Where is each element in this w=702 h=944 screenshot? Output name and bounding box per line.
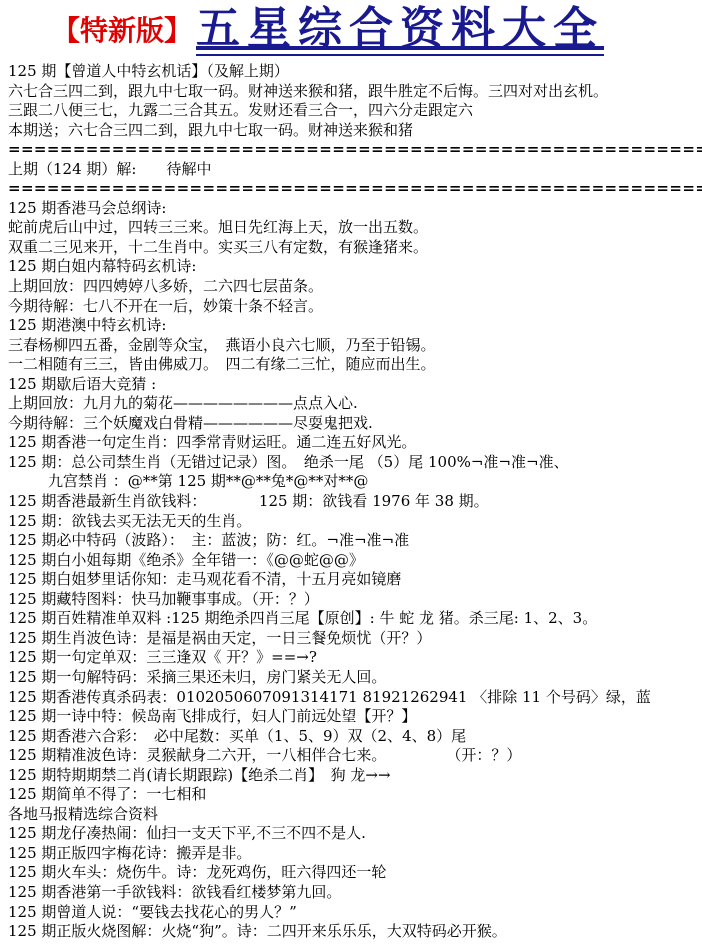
content-line: 125 期一句定单双：三三逢双《 开？》==→? [8,648,696,668]
content-line: 125 期藏特图料：快马加鞭事事成。（开：？） [8,590,696,610]
content-line: 125 期【曾道人中特玄机话】（及解上期） [8,62,696,82]
content-line: 三跟二八便三七，九露二三合其五。发财还看三合一，四六分走跟定六 [8,101,696,121]
content-line: 125 期香港最新生肖欲钱料： 125 期：欲钱看 1976 年 38 期。 [8,492,696,512]
content-line: 上期回放：九月九的菊花————————点点入心. [8,394,696,414]
content-line: 蛇前虎后山中过，四转三三来。旭日先红海上天，放一出五数。 [8,218,696,238]
content-line: 125 期香港第一手欲钱料：欲钱看红楼梦第九回。 [8,883,696,903]
content-line: 125 期正版火烧图解：火烧“狗”。诗：二四开来乐乐乐，大双特码必开猴。 [8,922,696,942]
content-line: 九宫禁肖 ：@**第 125 期**@**兔*@**对**@ [8,472,696,492]
content-line: 三春杨柳四五番，金剧等众宝， 燕语小良六七顺，乃至于铅锡。 [8,336,696,356]
content-line: 一二相随有三三，皆由佛威刀。 四二有缘二三忙，随应而出生。 [8,355,696,375]
content-line: 125 期曾道人说：“要钱去找花心的男人？” [8,903,696,923]
content-line: 本期送；六七合三四二到，跟九中七取一码。财神送来猴和猪 [8,121,696,141]
content-line: 125 期一句解特码：采摘三果还未归，房门紧关无人回。 [8,668,696,688]
content-line: 125 期香港一句定生肖：四季常青财运旺。通二连五好风光。 [8,433,696,453]
content-line: 125 期简单不得了：一七相和 [8,785,696,805]
content-line: 今期待解：三个妖魔戏白骨精——————尽耍鬼把戏. [8,414,696,434]
content-line: 各地马报精选综合资料 [8,805,696,825]
content-line: 上期（124 期）解: 待解中 [8,160,696,180]
content-line: 今期待解：七八不开在一后，妙策十条不轻言。 [8,297,696,317]
content-line: 125 期龙仔凑热闹：仙扫一支天下平,不三不四不是人. [8,824,696,844]
content-line: 上期回放：四四娉婷八多娇，二六四七层苗条。 [8,277,696,297]
content-line: 125 期火车头：烧伤牛。诗：龙死鸡伤，旺六得四还一轮 [8,863,696,883]
content-line: 125 期必中特码（波路）： 主：蓝波；防：红。¬准¬准¬准 [8,531,696,551]
content-line: 125 期白姐梦里话你知：走马观花看不清，十五月亮如镜磨 [8,570,696,590]
separator-line: ========================================… [8,179,696,199]
edition-tag: 【特新版】 [52,17,192,45]
content-line: 125 期一诗中特：候岛南飞排成行，妇人门前远处望【开？】 [8,707,696,727]
content-line: 双重二三见来开，十二生肖中。实买三八有定数，有猴逢猪来。 [8,238,696,258]
content-line: 125 期香港六合彩： 必中尾数：买单（1、5、9）双（2、4、8）尾 [8,727,696,747]
content-line: 125 期歇后语大竞猜 : [8,375,696,395]
separator-line: ========================================… [8,140,696,160]
page-title: 五星综合资料大全 [196,6,604,55]
content-line: 125 期香港传真杀码表：0102050607091314171 8192126… [8,688,696,708]
content-line: 125 期香港马会总纲诗: [8,199,696,219]
content-line: 六七合三四二到，跟九中七取一码。财神送来猴和猪，跟牛胜定不后悔。三四对对出玄机。 [8,82,696,102]
content-line: 125 期生肖波色诗：是福是祸由天定，一日三餐免烦忧（开？） [8,629,696,649]
content-lines: 125 期【曾道人中特玄机话】（及解上期）六七合三四二到，跟九中七取一码。财神送… [0,58,702,942]
page: 【特新版】 五星综合资料大全 125 期【曾道人中特玄机话】（及解上期）六七合三… [0,0,702,944]
content-line: 125 期百姓精准单双料 :125 期绝杀四肖三尾【原创】: 牛 蛇 龙 猪。杀… [8,609,696,629]
content-line: 125 期港澳中特玄机诗: [8,316,696,336]
content-line: 125 期白姐内幕特码玄机诗: [8,257,696,277]
content-line: 125 期精准波色诗：灵猴献身二六开，一八相伴合七来。 （开：？） [8,746,696,766]
content-line: 125 期白小姐每期《绝杀》全年错一：《@@蛇@@》 [8,551,696,571]
content-line: 125 期：总公司禁生肖（无错过记录）图。 绝杀一尾 （5）尾 100%¬准¬准… [8,453,696,473]
content-line: 125 期：欲钱去买无法无天的生肖。 [8,512,696,532]
page-header: 【特新版】 五星综合资料大全 [0,0,702,58]
content-line: 125 期正版四字梅花诗：搬弄是非。 [8,844,696,864]
content-line: 125 期特期期禁二肖(请长期跟踪)【绝杀二肖】 狗 龙→→ [8,766,696,786]
